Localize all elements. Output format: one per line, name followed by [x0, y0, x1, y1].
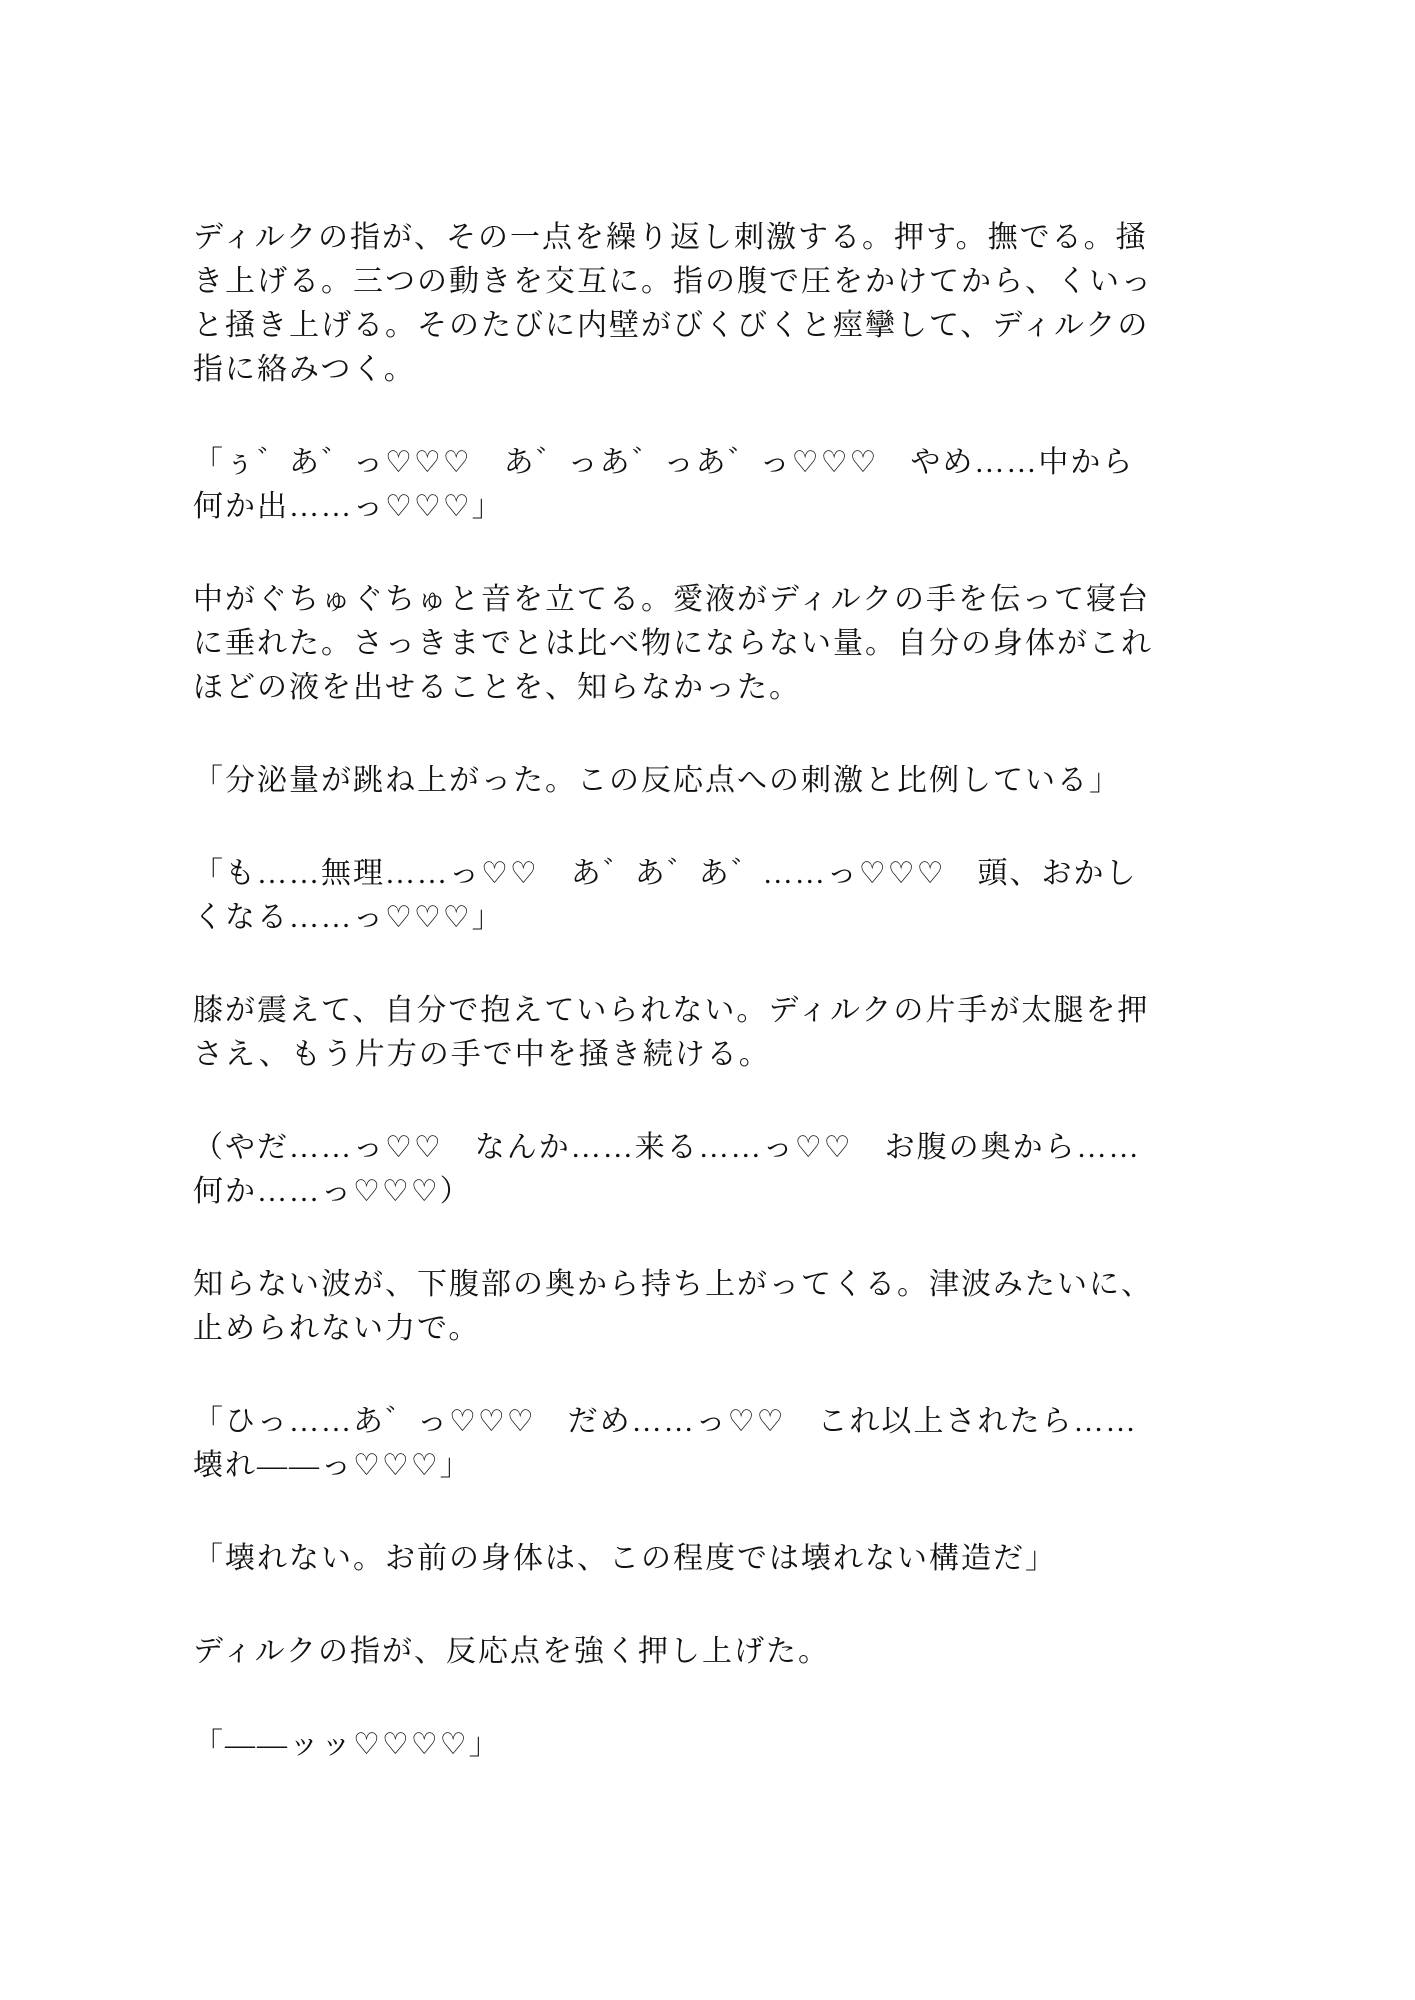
paragraph-dialogue: 「ぅ゛あ゛っ♡♡♡ あ゛っあ゛っあ゛っ♡♡♡ やめ……中から何か出……っ♡♡♡」: [193, 441, 1273, 529]
document-body: ディルクの指が、その一点を繰り返し刺激する。押す。撫でる。掻き上げる。三つの動き…: [193, 216, 1273, 1767]
document-page: ディルクの指が、その一点を繰り返し刺激する。押す。撫でる。掻き上げる。三つの動き…: [0, 0, 1415, 2000]
paragraph-dialogue: 「――ッッ♡♡♡♡」: [193, 1723, 1273, 1767]
paragraph-thought: （やだ……っ♡♡ なんか……来る……っ♡♡ お腹の奥から……何か……っ♡♡♡）: [193, 1126, 1273, 1214]
text-line: に垂れた。さっきまでとは比べ物にならない量。自分の身体がこれ: [193, 622, 1273, 666]
paragraph-narration: 中がぐちゅぐちゅと音を立てる。愛液がディルクの手を伝って寝台に垂れた。さっきまで…: [193, 578, 1273, 710]
text-line: 何か……っ♡♡♡）: [193, 1170, 1273, 1214]
text-line: 指に絡みつく。: [193, 348, 1273, 392]
text-line: ディルクの指が、反応点を強く押し上げた。: [193, 1630, 1273, 1674]
text-line: さえ、もう片方の手で中を掻き続ける。: [193, 1033, 1273, 1077]
paragraph-narration: ディルクの指が、反応点を強く押し上げた。: [193, 1630, 1273, 1674]
text-line: と掻き上げる。そのたびに内壁がびくびくと痙攣して、ディルクの: [193, 304, 1273, 348]
text-line: 「も……無理……っ♡♡ あ゛あ゛あ゛……っ♡♡♡ 頭、おかし: [193, 852, 1273, 896]
text-line: 壊れ――っ♡♡♡」: [193, 1444, 1273, 1488]
text-line: 「壊れない。お前の身体は、この程度では壊れない構造だ」: [193, 1537, 1273, 1581]
text-line: 「ひっ……あ゛っ♡♡♡ だめ……っ♡♡ これ以上されたら……: [193, 1400, 1273, 1444]
paragraph-narration: 知らない波が、下腹部の奥から持ち上がってくる。津波みたいに、止められない力で。: [193, 1263, 1273, 1351]
text-line: （やだ……っ♡♡ なんか……来る……っ♡♡ お腹の奥から……: [193, 1126, 1273, 1170]
paragraph-dialogue: 「も……無理……っ♡♡ あ゛あ゛あ゛……っ♡♡♡ 頭、おかしくなる……っ♡♡♡」: [193, 852, 1273, 940]
text-line: ディルクの指が、その一点を繰り返し刺激する。押す。撫でる。掻: [193, 216, 1273, 260]
paragraph-narration: ディルクの指が、その一点を繰り返し刺激する。押す。撫でる。掻き上げる。三つの動き…: [193, 216, 1273, 392]
text-line: 中がぐちゅぐちゅと音を立てる。愛液がディルクの手を伝って寝台: [193, 578, 1273, 622]
text-line: ほどの液を出せることを、知らなかった。: [193, 666, 1273, 710]
text-line: 「ぅ゛あ゛っ♡♡♡ あ゛っあ゛っあ゛っ♡♡♡ やめ……中から: [193, 441, 1273, 485]
paragraph-narration: 膝が震えて、自分で抱えていられない。ディルクの片手が太腿を押さえ、もう片方の手で…: [193, 989, 1273, 1077]
text-line: 「分泌量が跳ね上がった。この反応点への刺激と比例している」: [193, 759, 1273, 803]
paragraph-dialogue: 「分泌量が跳ね上がった。この反応点への刺激と比例している」: [193, 759, 1273, 803]
text-line: き上げる。三つの動きを交互に。指の腹で圧をかけてから、くいっ: [193, 260, 1273, 304]
text-line: 知らない波が、下腹部の奥から持ち上がってくる。津波みたいに、: [193, 1263, 1273, 1307]
text-line: くなる……っ♡♡♡」: [193, 896, 1273, 940]
text-line: 膝が震えて、自分で抱えていられない。ディルクの片手が太腿を押: [193, 989, 1273, 1033]
text-line: 何か出……っ♡♡♡」: [193, 485, 1273, 529]
paragraph-dialogue: 「ひっ……あ゛っ♡♡♡ だめ……っ♡♡ これ以上されたら……壊れ――っ♡♡♡」: [193, 1400, 1273, 1488]
text-line: 止められない力で。: [193, 1307, 1273, 1351]
text-line: 「――ッッ♡♡♡♡」: [193, 1723, 1273, 1767]
paragraph-dialogue: 「壊れない。お前の身体は、この程度では壊れない構造だ」: [193, 1537, 1273, 1581]
